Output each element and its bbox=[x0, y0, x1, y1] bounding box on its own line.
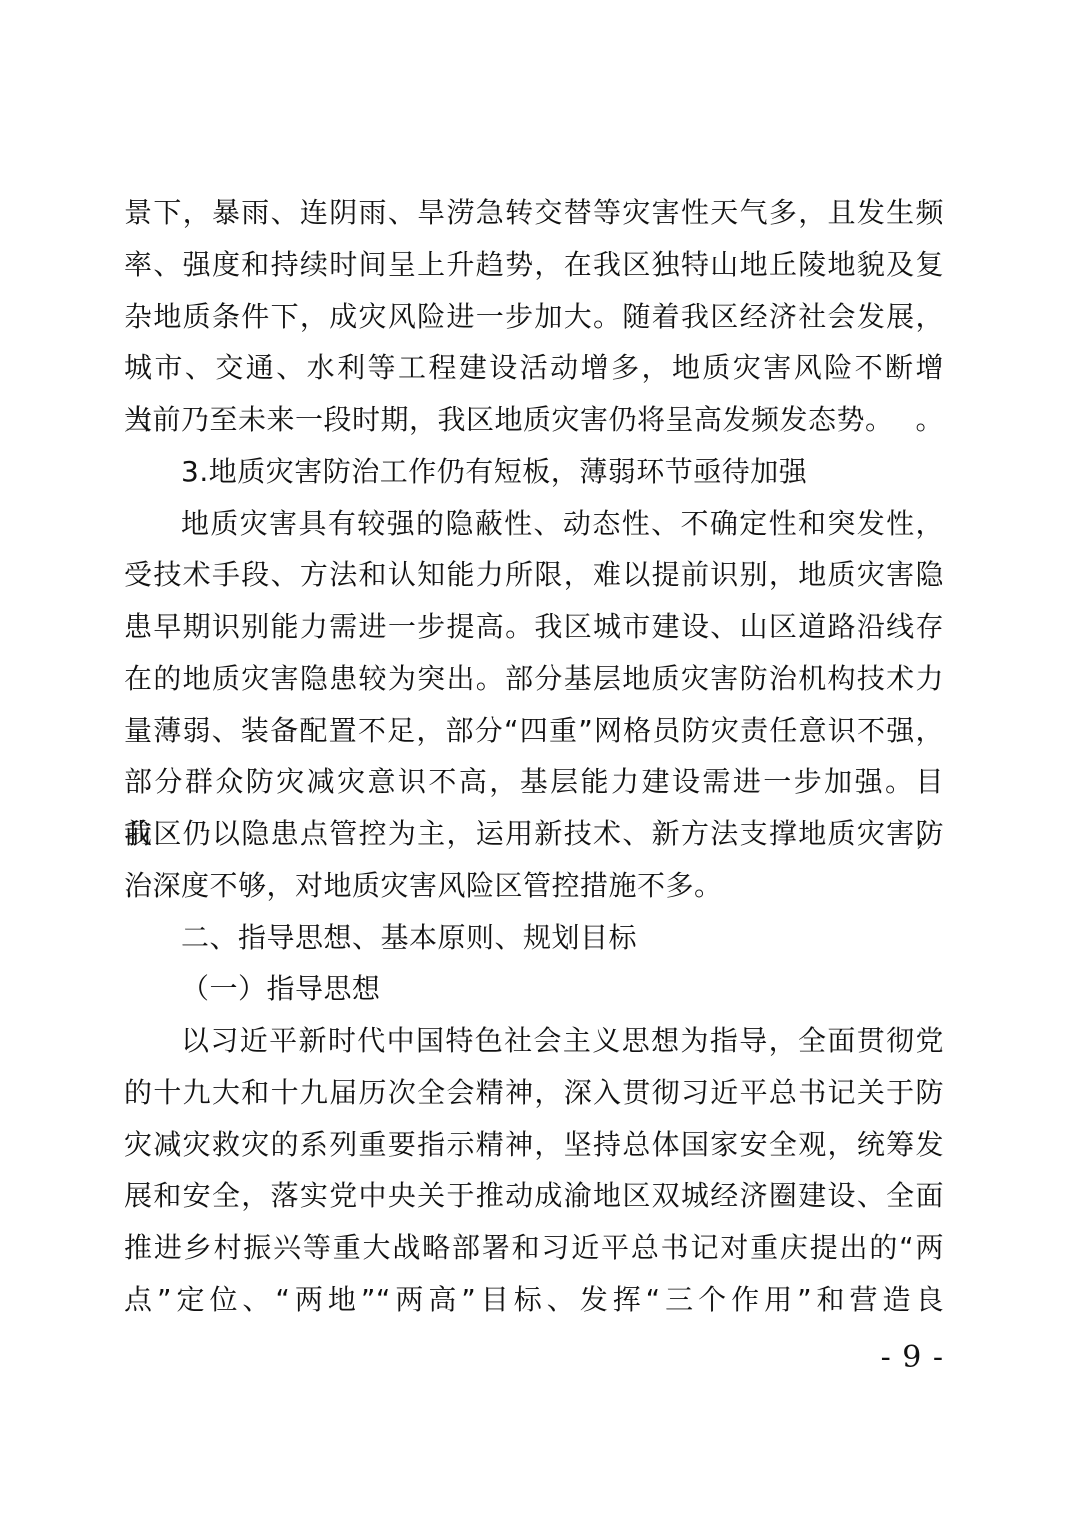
document-body: 景下，暴雨、连阴雨、旱涝急转交替等灾害性天气多，且发生频 率、强度和持续时间呈上… bbox=[124, 187, 944, 1326]
body-line: 率、强度和持续时间呈上升趋势，在我区独特山地丘陵地貌及复 bbox=[124, 239, 944, 291]
body-line: 受技术手段、方法和认知能力所限，难以提前识别，地质灾害隐 bbox=[124, 549, 944, 601]
body-line: 点”定位、“两地”“两高”目标、发挥“三个作用”和营造良 bbox=[124, 1274, 944, 1326]
body-line: 以习近平新时代中国特色社会主义思想为指导，全面贯彻党 bbox=[124, 1015, 944, 1067]
page-number: - 9 - bbox=[881, 1341, 944, 1375]
body-line: 当前乃至未来一段时期，我区地质灾害仍将呈高发频发态势。 bbox=[124, 394, 944, 446]
document-page: 景下，暴雨、连阴雨、旱涝急转交替等灾害性天气多，且发生频 率、强度和持续时间呈上… bbox=[0, 0, 1074, 1520]
body-line: 景下，暴雨、连阴雨、旱涝急转交替等灾害性天气多，且发生频 bbox=[124, 187, 944, 239]
section-heading: 二、指导思想、基本原则、规划目标 bbox=[124, 912, 944, 964]
body-line: 推进乡村振兴等重大战略部署和习近平总书记对重庆提出的“两 bbox=[124, 1222, 944, 1274]
body-line: 我区仍以隐患点管控为主，运用新技术、新方法支撑地质灾害防 bbox=[124, 808, 944, 860]
body-line: 在的地质灾害隐患较为突出。部分基层地质灾害防治机构技术力 bbox=[124, 653, 944, 705]
body-line: 部分群众防灾减灾意识不高，基层能力建设需进一步加强。目前， bbox=[124, 756, 944, 808]
body-line: 治深度不够，对地质灾害风险区管控措施不多。 bbox=[124, 860, 944, 912]
subsection-heading: （一）指导思想 bbox=[124, 963, 944, 1015]
numbered-point-heading: 3.地质灾害防治工作仍有短板，薄弱环节亟待加强 bbox=[124, 446, 944, 498]
body-line: 患早期识别能力需进一步提高。我区城市建设、山区道路沿线存 bbox=[124, 601, 944, 653]
body-line: 灾减灾救灾的系列重要指示精神，坚持总体国家安全观，统筹发 bbox=[124, 1119, 944, 1171]
body-line: 的十九大和十九届历次全会精神，深入贯彻习近平总书记关于防 bbox=[124, 1067, 944, 1119]
body-line: 量薄弱、装备配置不足，部分“四重”网格员防灾责任意识不强， bbox=[124, 705, 944, 757]
body-line: 杂地质条件下，成灾风险进一步加大。随着我区经济社会发展， bbox=[124, 291, 944, 343]
body-line: 地质灾害具有较强的隐蔽性、动态性、不确定性和突发性， bbox=[124, 498, 944, 550]
body-line: 城市、交通、水利等工程建设活动增多，地质灾害风险不断增大。 bbox=[124, 342, 944, 394]
body-line: 展和安全，落实党中央关于推动成渝地区双城经济圈建设、全面 bbox=[124, 1170, 944, 1222]
